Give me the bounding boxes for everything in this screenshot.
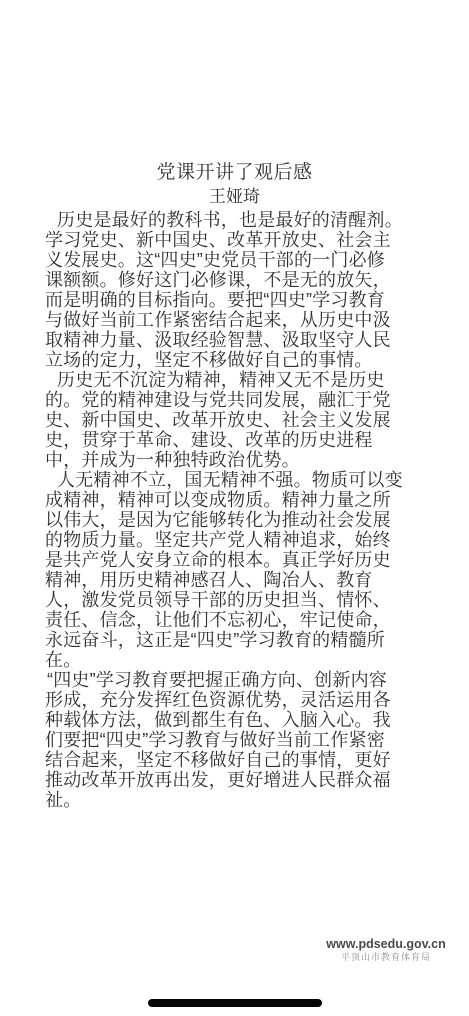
text-line: 成精神，精神可以变成物质。精神力量之所 bbox=[45, 490, 405, 510]
text-line: 课额额。修好这门必修课，不是无的放矢， bbox=[45, 270, 405, 290]
watermark-url: www.pdsedu.gov.cn bbox=[310, 937, 462, 951]
watermark-org: 平顶山市教育体育局 bbox=[310, 951, 462, 963]
text-line: 中，并成为一种独特政治优势。 bbox=[45, 450, 405, 470]
text-line: 的物质力量。坚定共产党人精神追求，始终 bbox=[45, 530, 405, 550]
paragraph: 历史无不沉淀为精神，精神又无不是历史的。党的精神建设与党共同发展，融汇于党史、新… bbox=[45, 370, 405, 470]
text-line: 责任、信念，让他们不忘初心，牢记使命， bbox=[45, 610, 405, 630]
text-line: 人，激发党员领导干部的历史担当、情怀、 bbox=[45, 590, 405, 610]
text-line: 在。 bbox=[45, 650, 405, 670]
text-line: 的。党的精神建设与党共同发展，融汇于党 bbox=[45, 390, 405, 410]
text-line: “四史”学习教育要把握正确方向、创新内容 bbox=[45, 670, 405, 690]
paragraph: 人无精神不立，国无精神不强。物质可以变成精神，精神可以变成物质。精神力量之所以伟… bbox=[45, 470, 405, 670]
document-author: 王娅琦 bbox=[0, 186, 469, 208]
document-title: 党课开讲了观后感 bbox=[0, 161, 469, 185]
paragraph: “四史”学习教育要把握正确方向、创新内容形成，充分发挥红色资源优势，灵活运用各种… bbox=[45, 670, 405, 810]
text-line: 推动改革开放再出发，更好增进人民群众福 bbox=[45, 770, 405, 790]
text-line: 学习党史、新中国史、改革开放史、社会主 bbox=[45, 230, 405, 250]
text-line: 永远奋斗，这正是“四史”学习教育的精髓所 bbox=[45, 630, 405, 650]
document-page: 党课开讲了观后感 王娅琦 历史是最好的教科书，也是最好的清醒剂。学习党史、新中国… bbox=[0, 0, 469, 1016]
watermark: www.pdsedu.gov.cn 平顶山市教育体育局 bbox=[310, 937, 462, 963]
text-line: 祉。 bbox=[45, 790, 405, 810]
text-line: 史、新中国史、改革开放史、社会主义发展 bbox=[45, 410, 405, 430]
text-line: 与做好当前工作紧密结合起来，从历史中汲 bbox=[45, 310, 405, 330]
document-body: 历史是最好的教科书，也是最好的清醒剂。学习党史、新中国史、改革开放史、社会主义发… bbox=[45, 210, 405, 810]
text-line: 以伟大，是因为它能够转化为推动社会发展 bbox=[45, 510, 405, 530]
text-line: 而是明确的目标指向。要把“四史”学习教育 bbox=[45, 290, 405, 310]
text-line: 结合起来，坚定不移做好自己的事情，更好 bbox=[45, 750, 405, 770]
home-indicator-bar[interactable] bbox=[148, 999, 322, 1007]
text-line: 们要把“四史”学习教育与做好当前工作紧密 bbox=[45, 730, 405, 750]
text-line: 精神，用历史精神感召人、陶冶人、教育 bbox=[45, 570, 405, 590]
text-line: 是共产党人安身立命的根本。真正学好历史 bbox=[45, 550, 405, 570]
text-line: 取精神力量、汲取经验智慧、汲取坚守人民 bbox=[45, 330, 405, 350]
text-line: 史，贯穿于革命、建设、改革的历史进程 bbox=[45, 430, 405, 450]
text-line: 人无精神不立，国无精神不强。物质可以变 bbox=[45, 470, 405, 490]
text-line: 历史无不沉淀为精神，精神又无不是历史 bbox=[45, 370, 405, 390]
paragraph: 历史是最好的教科书，也是最好的清醒剂。学习党史、新中国史、改革开放史、社会主义发… bbox=[45, 210, 405, 370]
text-line: 种载体方法，做到都生有色、入脑入心。我 bbox=[45, 710, 405, 730]
text-line: 义发展史。这“四史”史党员干部的一门必修 bbox=[45, 250, 405, 270]
text-line: 立场的定力，坚定不移做好自己的事情。 bbox=[45, 350, 405, 370]
text-line: 形成，充分发挥红色资源优势，灵活运用各 bbox=[45, 690, 405, 710]
text-line: 历史是最好的教科书，也是最好的清醒剂。 bbox=[45, 210, 405, 230]
